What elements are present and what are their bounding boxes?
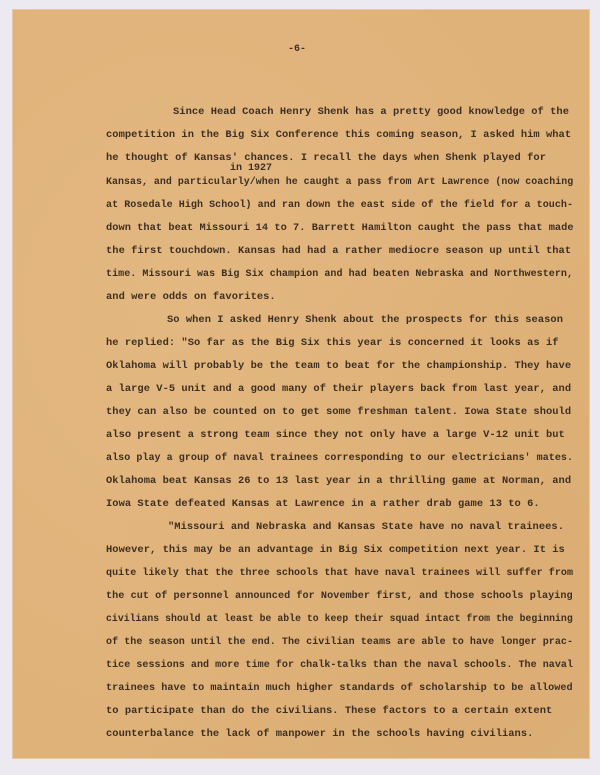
page-number: -6- [288,44,306,55]
text-line: quite likely that the three schools that… [106,567,573,579]
text-line: civilians should at least be able to kee… [106,613,573,625]
text-line: trainees have to maintain much higher st… [106,682,573,694]
text-line: and were odds on favorites. [106,291,276,303]
typewritten-page: -6- in 1927 Since Head Coach Henry Shenk… [13,10,589,758]
text-line: a large V-5 unit and a good many of thei… [106,383,571,395]
text-line: the first touchdown. Kansas had had a ra… [106,245,571,257]
text-line: he replied: "So far as the Big Six this … [106,337,559,349]
text-line: at Rosedale High School) and ran down th… [106,199,573,211]
text-line: the cut of personnel announced for Novem… [106,590,573,602]
text-line: Iowa State defeated Kansas at Lawrence i… [106,498,540,510]
text-line: they can also be counted on to get some … [106,406,571,418]
text-line: Kansas, and particularly/when he caught … [106,176,573,188]
text-line: tice sessions and more time for chalk-ta… [106,659,573,671]
text-line: counterbalance the lack of manpower in t… [106,728,533,740]
text-line: "Missouri and Nebraska and Kansas State … [168,521,564,533]
text-line: Since Head Coach Henry Shenk has a prett… [173,106,569,118]
text-line: However, this may be an advantage in Big… [106,544,565,556]
text-line: down that beat Missouri 14 to 7. Barrett… [106,222,574,234]
text-line: of the season until the end. The civilia… [106,636,573,648]
text-line: time. Missouri was Big Six champion and … [106,268,573,280]
text-line: also present a strong team since they no… [106,429,565,441]
handwritten-insertion: in 1927 [230,163,272,174]
text-line: he thought of Kansas' chances. I recall … [106,152,546,164]
text-line: So when I asked Henry Shenk about the pr… [167,314,563,326]
text-line: also play a group of naval trainees corr… [106,452,573,464]
text-line: competition in the Big Six Conference th… [106,129,571,141]
text-line: to participate than do the civilians. Th… [106,705,552,717]
text-line: Oklahoma beat Kansas 26 to 13 last year … [106,475,571,487]
text-line: Oklahoma will probably be the team to be… [106,360,571,372]
